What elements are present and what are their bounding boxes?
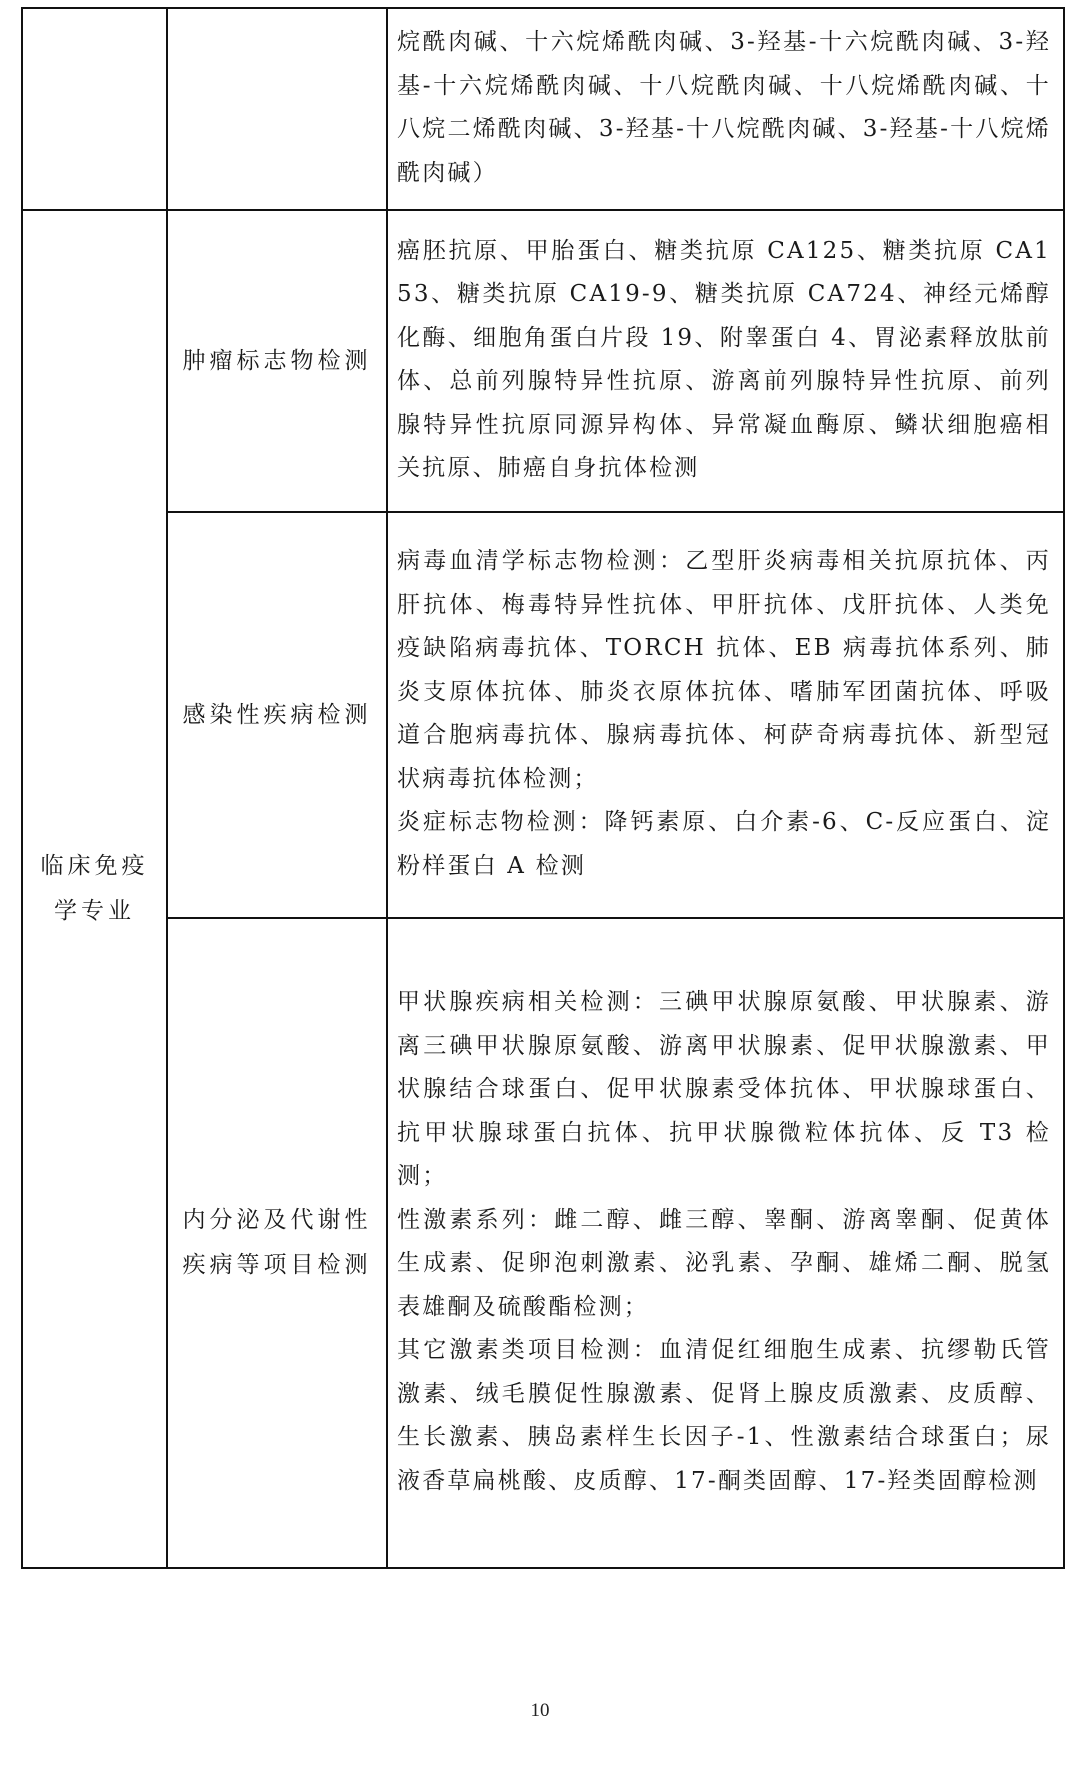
detail-paragraph-thyroid: 甲状腺疾病相关检测：三碘甲状腺原氨酸、甲状腺素、游离三碘甲状腺原氨酸、游离甲状腺… — [397, 981, 1051, 1199]
table-row-infectious-disease: 感染性疾病检测 病毒血清学标志物检测：乙型肝炎病毒相关抗原抗体、丙肝抗体、梅毒特… — [22, 512, 1064, 918]
detail-cell-tumor-markers: 癌胚抗原、甲胎蛋白、糖类抗原 CA125、糖类抗原 CA153、糖类抗原 CA1… — [387, 210, 1064, 512]
category-cell-endocrine-metabolic: 内分泌及代谢性疾病等项目检测 — [167, 918, 387, 1568]
table-row-endocrine-metabolic: 内分泌及代谢性疾病等项目检测 甲状腺疾病相关检测：三碘甲状腺原氨酸、甲状腺素、游… — [22, 918, 1064, 1568]
detail-paragraph-inflammation-markers: 炎症标志物检测：降钙素原、白介素-6、C-反应蛋白、淀粉样蛋白 A 检测 — [397, 801, 1051, 888]
page-number: 10 — [0, 1700, 1080, 1722]
detail-cell-endocrine-metabolic: 甲状腺疾病相关检测：三碘甲状腺原氨酸、甲状腺素、游离三碘甲状腺原氨酸、游离甲状腺… — [387, 918, 1064, 1568]
table-row-tumor-markers: 临床免疫学专业 肿瘤标志物检测 癌胚抗原、甲胎蛋白、糖类抗原 CA125、糖类抗… — [22, 210, 1064, 512]
detail-paragraph-viral-serology: 病毒血清学标志物检测：乙型肝炎病毒相关抗原抗体、丙肝抗体、梅毒特异性抗体、甲肝抗… — [397, 540, 1051, 801]
detail-paragraph-sex-hormones: 性激素系列：雌二醇、雌三醇、睾酮、游离睾酮、促黄体生成素、促卵泡刺激素、泌乳素、… — [397, 1199, 1051, 1330]
category-cell-tumor-markers: 肿瘤标志物检测 — [167, 210, 387, 512]
table-row-continuation: 烷酰肉碱、十六烷烯酰肉碱、3-羟基-十六烷酰肉碱、3-羟基-十六烷烯酰肉碱、十八… — [22, 8, 1064, 210]
detail-cell-continuation: 烷酰肉碱、十六烷烯酰肉碱、3-羟基-十六烷酰肉碱、3-羟基-十六烷烯酰肉碱、十八… — [387, 8, 1064, 210]
detail-paragraph: 烷酰肉碱、十六烷烯酰肉碱、3-羟基-十六烷酰肉碱、3-羟基-十六烷烯酰肉碱、十八… — [397, 21, 1051, 195]
detail-paragraph: 癌胚抗原、甲胎蛋白、糖类抗原 CA125、糖类抗原 CA153、糖类抗原 CA1… — [397, 230, 1051, 491]
category-cell-empty — [167, 8, 387, 210]
detail-cell-infectious-disease: 病毒血清学标志物检测：乙型肝炎病毒相关抗原抗体、丙肝抗体、梅毒特异性抗体、甲肝抗… — [387, 512, 1064, 918]
detail-paragraph-other-hormones: 其它激素类项目检测：血清促红细胞生成素、抗缪勒氏管激素、绒毛膜促性腺激素、促肾上… — [397, 1329, 1051, 1503]
category-cell-infectious-disease: 感染性疾病检测 — [167, 512, 387, 918]
major-cell-empty — [22, 8, 167, 210]
project-table: 烷酰肉碱、十六烷烯酰肉碱、3-羟基-十六烷酰肉碱、3-羟基-十六烷烯酰肉碱、十八… — [21, 7, 1065, 1569]
major-cell-clinical-immunology: 临床免疫学专业 — [22, 210, 167, 1568]
